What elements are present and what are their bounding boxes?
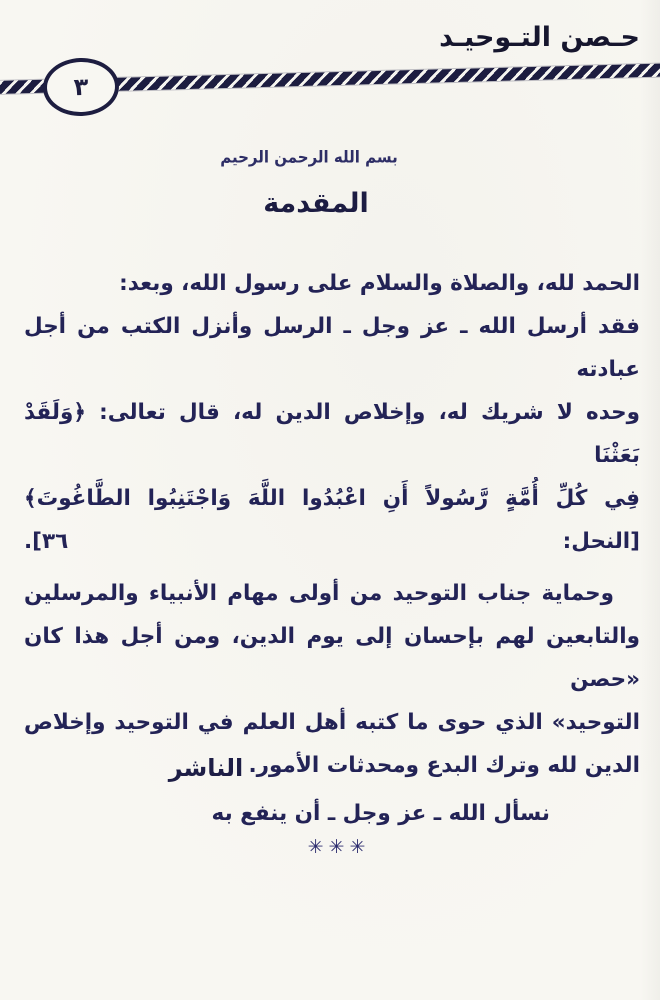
page-number-badge: ٣	[42, 57, 120, 118]
text-line: وحماية جناب التوحيد من أولى مهام الأنبيا…	[24, 572, 640, 615]
text-line: التوحيد» الذي حوى ما كتبه أهل العلم في ا…	[24, 701, 640, 744]
text-line: الدين لله وترك البدع ومحدثات الأمور.	[24, 744, 640, 787]
publisher-signature: الناشر	[146, 754, 266, 782]
body-text: الحمد لله، والصلاة والسلام على رسول الله…	[24, 262, 640, 835]
text-line: الحمد لله، والصلاة والسلام على رسول الله…	[24, 262, 640, 305]
page-number: ٣	[73, 73, 89, 101]
section-heading-muqaddima: المقدمة	[0, 188, 632, 219]
text-line: فقد أرسل الله ـ عز وجل ـ الرسل وأنزل الك…	[24, 305, 640, 391]
text-line: والتابعين لهم بإحسان إلى يوم الدين، ومن …	[24, 615, 640, 701]
book-title-header: حـصن التـوحيـد	[439, 22, 640, 53]
end-ornament-asterisks: ✳✳✳	[0, 836, 660, 858]
text-line: نسأل الله ـ عز وجل ـ أن ينفع به	[24, 792, 640, 835]
text-line: وحده لا شريك له، وإخلاص الدين له، قال تع…	[24, 391, 640, 477]
text-line quran-verse-line: فِي كُلِّ أُمَّةٍ رَّسُولاً أَنِ اعْبُدُ…	[24, 477, 640, 563]
book-page: حـصن التـوحيـد ٣ بسم الله الرحمن الرحيم …	[0, 0, 660, 1000]
basmala-calligraphy: بسم الله الرحمن الرحيم	[0, 147, 618, 167]
